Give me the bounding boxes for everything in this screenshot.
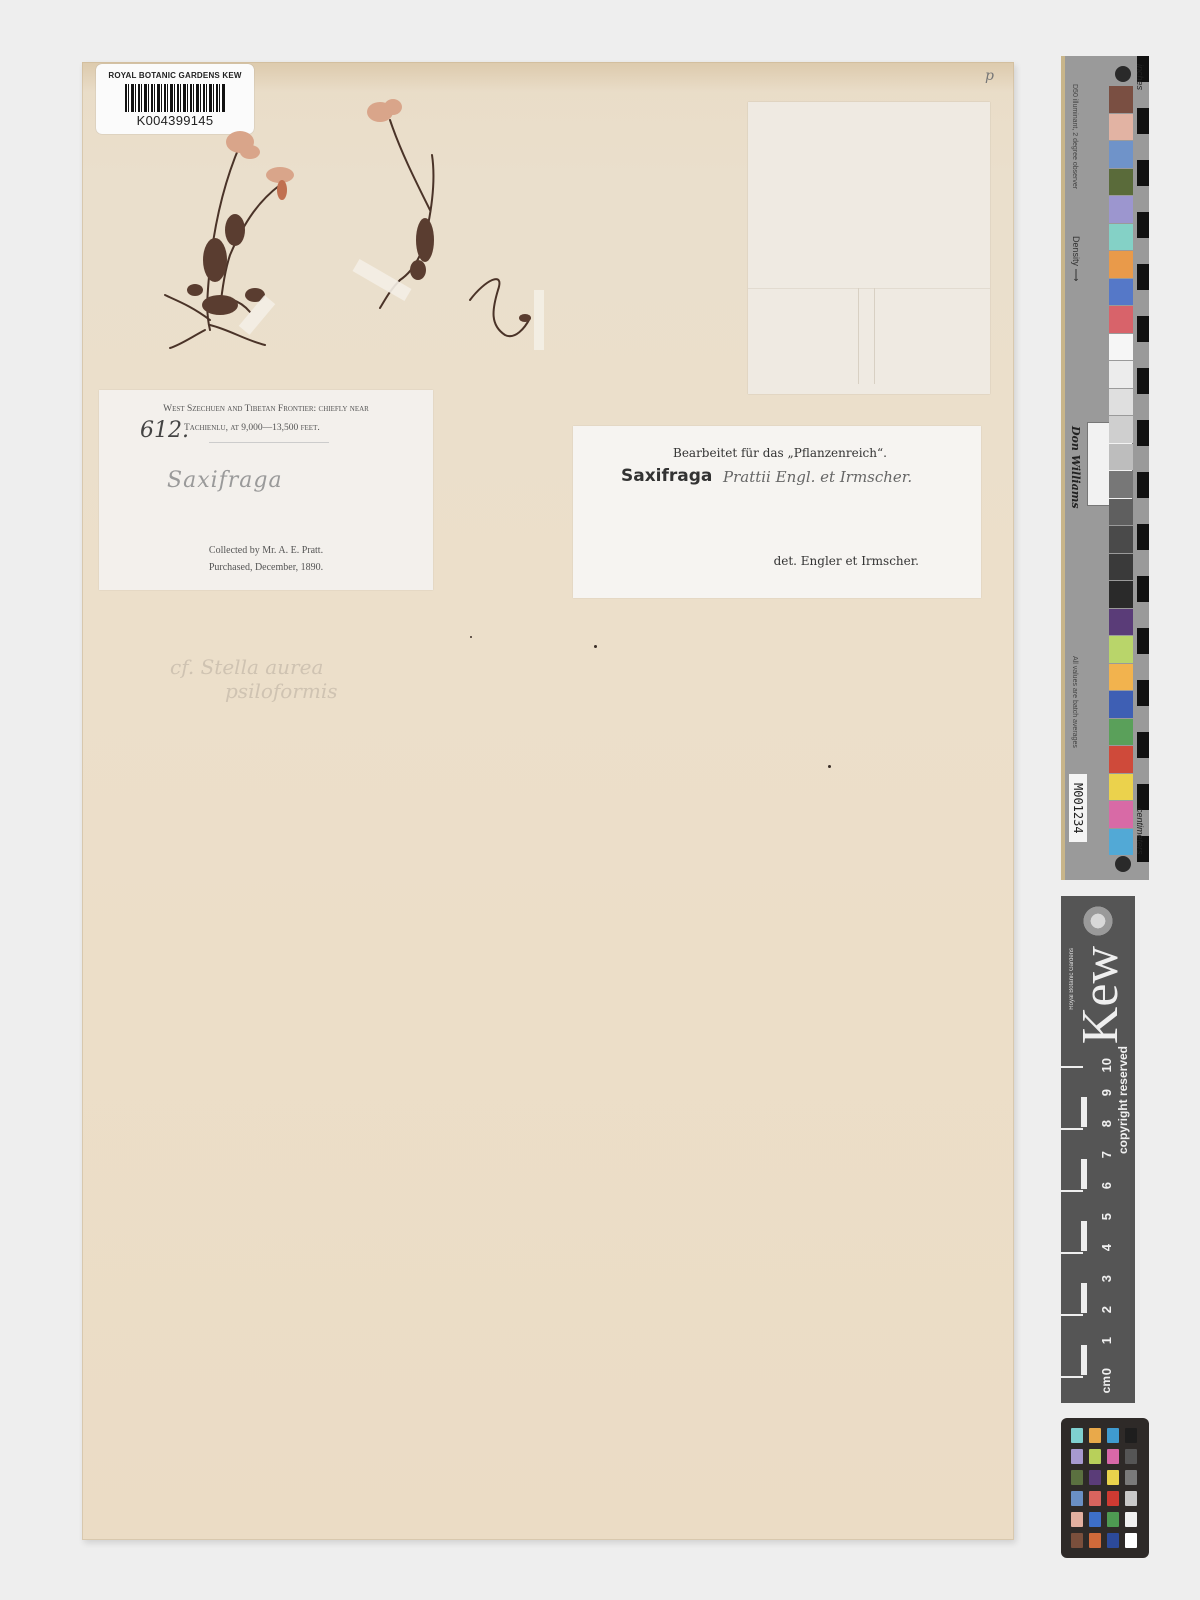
genus-name: Saxifraga [621, 466, 712, 486]
ruler-batch-note: All values are batch averages [1071, 656, 1078, 748]
scale-tick-label: 2 [1099, 1306, 1114, 1313]
color-swatch [1109, 581, 1133, 608]
plant-specimen-icon [150, 90, 650, 360]
color-swatch [1109, 499, 1133, 526]
checker-patch [1089, 1428, 1101, 1443]
scale-tick-label: 10 [1099, 1058, 1114, 1072]
ruler-scale-strip [1137, 56, 1149, 880]
color-swatch [1109, 306, 1133, 333]
scale-segment [1081, 1221, 1087, 1251]
checker-patch [1089, 1449, 1101, 1464]
locality-line-1: West Szechuen and Tibetan Frontier: chie… [99, 404, 433, 414]
color-swatch [1109, 554, 1133, 581]
scale-tick-label: 7 [1099, 1151, 1114, 1158]
color-swatch [1109, 801, 1133, 828]
packet-flap-line [874, 288, 875, 384]
scale-tick-label: 3 [1099, 1275, 1114, 1282]
pencil-annotation-line-2: psiloformis [170, 679, 338, 703]
determination-header: Bearbeitet für das „Pflanzenreich“. [673, 446, 887, 460]
determiner: det. Engler et Irmscher. [774, 554, 919, 568]
color-swatch [1109, 334, 1133, 361]
color-swatch [1109, 279, 1133, 306]
color-swatch [1109, 829, 1133, 856]
color-swatch [1109, 141, 1133, 168]
color-swatch [1109, 691, 1133, 718]
color-swatch [1109, 719, 1133, 746]
scale-segment [1081, 1159, 1087, 1189]
color-swatch [1109, 526, 1133, 553]
ruler-hole [1115, 856, 1131, 872]
scale-segment [1061, 1376, 1083, 1406]
pencil-annotation: cf. Stella aurea psiloformis [170, 655, 338, 703]
locality-label: West Szechuen and Tibetan Frontier: chie… [99, 390, 433, 590]
corner-mark: p [985, 68, 994, 84]
color-swatch [1109, 224, 1133, 251]
checker-patch [1089, 1533, 1101, 1548]
handwritten-epithet: Prattii Engl. et Irmscher. [723, 468, 912, 486]
scale-segment [1081, 1283, 1087, 1313]
color-swatch [1109, 114, 1133, 141]
scale-tick-label: 4 [1099, 1244, 1114, 1251]
kew-logo: Kew [1073, 946, 1129, 1044]
checker-patch [1107, 1512, 1119, 1527]
divider [209, 442, 329, 443]
scale-tick-label: 8 [1099, 1120, 1114, 1127]
checker-patch [1089, 1470, 1101, 1485]
scale-segment [1081, 1345, 1087, 1375]
scale-tick-label: 0 [1099, 1368, 1114, 1375]
color-swatch [1109, 444, 1133, 471]
color-swatch [1109, 664, 1133, 691]
handwritten-genus: Saxifraga [167, 468, 283, 493]
scale-segment [1081, 1097, 1087, 1127]
pencil-annotation-line-1: cf. Stella aurea [170, 655, 338, 679]
checker-patch [1071, 1491, 1083, 1506]
fragment-packet [748, 102, 990, 394]
checker-patch [1089, 1491, 1101, 1506]
checker-patch [1125, 1491, 1137, 1506]
color-swatch [1109, 471, 1133, 498]
kew-scale-bar: Royal Botanic Gardens Kew copyright rese… [1061, 896, 1135, 1403]
checker-patch [1071, 1428, 1083, 1443]
ruler-density-label: Density ⟶ [1071, 236, 1081, 281]
locality-line-2: Tachienlu, at 9,000—13,500 feet. [184, 423, 320, 433]
packet-flap-line [858, 288, 859, 384]
color-swatch [1109, 196, 1133, 223]
checker-patch [1107, 1428, 1119, 1443]
ruler-id-tag: M001234 [1069, 774, 1087, 842]
scale-segment [1061, 1128, 1083, 1158]
purchase-date: Purchased, December, 1890. [99, 562, 433, 573]
color-checker-card [1061, 1418, 1149, 1558]
checker-patch [1125, 1428, 1137, 1443]
debris-speck [470, 636, 472, 638]
checker-patch [1071, 1449, 1083, 1464]
scale-tick-label: 6 [1099, 1182, 1114, 1189]
color-calibration-ruler: inches D50 illuminant, 2 degree observer… [1061, 56, 1149, 880]
ruler-hole [1115, 66, 1131, 82]
checker-patch [1071, 1512, 1083, 1527]
color-swatch [1109, 636, 1133, 663]
color-swatch [1109, 251, 1133, 278]
scale-segment [1061, 1252, 1083, 1282]
color-swatch [1109, 86, 1133, 113]
checker-patch [1107, 1449, 1119, 1464]
packet-fold-line [748, 288, 990, 289]
checker-patch [1125, 1512, 1137, 1527]
checker-patch [1107, 1491, 1119, 1506]
color-swatch [1109, 609, 1133, 636]
ruler-illuminant-note: D50 illuminant, 2 degree observer [1071, 84, 1078, 189]
scale-tick-label: 9 [1099, 1089, 1114, 1096]
checker-patch [1125, 1470, 1137, 1485]
determination-label: Bearbeitet für das „Pflanzenreich“. Saxi… [573, 426, 981, 598]
institution-name: ROYAL BOTANIC GARDENS KEW [96, 71, 254, 80]
collection-number: 612. [140, 418, 189, 443]
scale-unit: cm [1099, 1376, 1113, 1393]
checker-patch [1071, 1470, 1083, 1485]
color-swatch [1109, 774, 1133, 801]
color-swatch [1109, 389, 1133, 416]
checker-patch [1089, 1512, 1101, 1527]
ruler-units-cm: centimeters [1135, 808, 1145, 855]
scale-segment [1061, 1190, 1083, 1220]
debris-speck [828, 765, 831, 768]
checker-patch [1125, 1533, 1137, 1548]
color-swatch [1109, 416, 1133, 443]
debris-speck [594, 645, 597, 648]
ruler-units-inches: inches [1135, 64, 1145, 90]
checker-patch [1125, 1449, 1137, 1464]
checker-patch [1107, 1470, 1119, 1485]
checker-patch [1071, 1533, 1083, 1548]
copyright-text: copyright reserved [1116, 1046, 1130, 1154]
ruler-brand: Don Williams [1069, 426, 1082, 509]
collector-text: Collected by Mr. A. E. Pratt. [99, 545, 433, 556]
scale-segment [1061, 1314, 1083, 1344]
scale-tick-label: 1 [1099, 1337, 1114, 1344]
checker-patch [1107, 1533, 1119, 1548]
color-swatch [1109, 746, 1133, 773]
scale-tick-label: 5 [1099, 1213, 1114, 1220]
centimeter-scale [1061, 1066, 1083, 1376]
royal-crest-icon [1081, 904, 1115, 938]
color-swatch [1109, 361, 1133, 388]
color-swatch [1109, 169, 1133, 196]
scale-segment [1061, 1066, 1083, 1096]
